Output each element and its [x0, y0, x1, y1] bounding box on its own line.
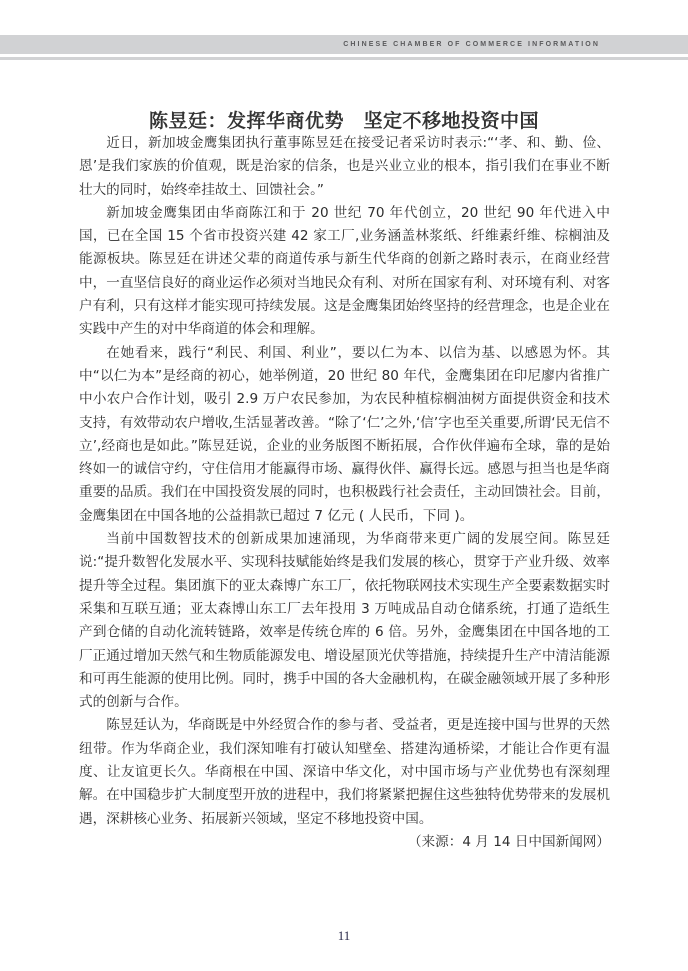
article-title: 陈昱廷：发挥华商优势 坚定不移地投资中国 — [0, 108, 688, 134]
header-band: CHINESE CHAMBER OF COMMERCE INFORMATION — [0, 35, 688, 54]
article-source: （来源：4 月 14 日中国新闻网） — [381, 831, 610, 854]
article-paragraph: 当前中国数智技术的创新成果加速涌现，为华商带来更广阔的发展空间。陈昱廷说:“提升… — [79, 528, 610, 714]
publication-name: CHINESE CHAMBER OF COMMERCE INFORMATION — [343, 39, 600, 50]
article-paragraph: 在她看来，践行“利民、利国、利业”，要以仁为本、以信为基、以感恩为怀。其中“以仁… — [79, 342, 610, 528]
article-paragraph: 新加坡金鹰集团由华商陈江和于 20 世纪 70 年代创立，20 世纪 90 年代… — [79, 202, 610, 342]
article-paragraph: 近日，新加坡金鹰集团执行董事陈昱廷在接受记者采访时表示:“‘孝、和、勤、俭、恩’… — [79, 132, 610, 202]
article-paragraph-text: 陈昱廷认为，华商既是中外经贸合作的参与者、受益者，更是连接中国与世界的天然纽带。… — [79, 717, 610, 826]
header-divider — [0, 57, 688, 60]
article-body: 近日，新加坡金鹰集团执行董事陈昱廷在接受记者采访时表示:“‘孝、和、勤、俭、恩’… — [79, 132, 610, 854]
page-number: 11 — [0, 928, 688, 944]
article-paragraph-last: 陈昱廷认为，华商既是中外经贸合作的参与者、受益者，更是连接中国与世界的天然纽带。… — [79, 714, 610, 830]
